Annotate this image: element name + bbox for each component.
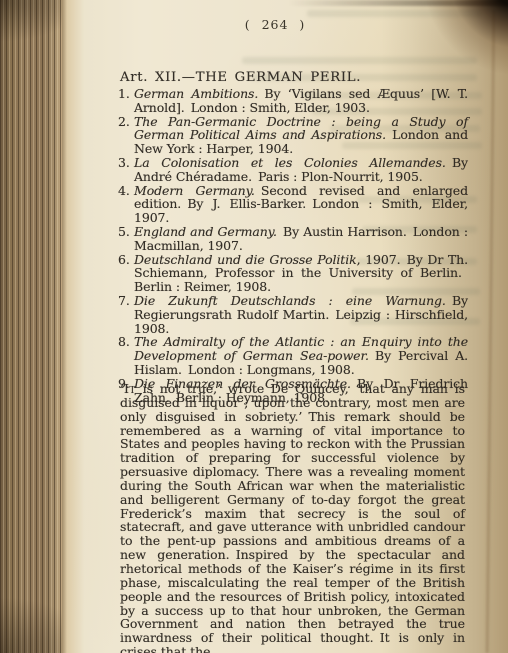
bibliography-entry: 5.England and Germany. By Austin Harriso… (118, 225, 468, 253)
entry-number: 1. (118, 87, 130, 101)
entry-text: Modern Germany. (134, 183, 255, 198)
bibliography-entry: 4.Modern Germany. Second revised and enl… (118, 184, 468, 225)
entry-text: German Ambitions. (134, 86, 258, 101)
bibliography-entry: 2.The Pan-Germanic Doctrine : being a St… (118, 115, 468, 156)
entry-text: England and Germany. (134, 224, 277, 239)
bibliography-entry: 6.Deutschland und die Grosse Politik, 19… (118, 253, 468, 294)
photo-top-edge-shadow (288, 0, 508, 6)
book-page-scan: ( 264 ) Art. XII.—THE GERMAN PERIL. 1.Ge… (0, 0, 508, 653)
entry-number: 4. (118, 184, 130, 198)
bibliography-entry: 1.German Ambitions. By ‘Vigilans sed Æqu… (118, 87, 468, 115)
entry-number: 7. (118, 294, 130, 308)
lead-word-smallcaps: It (124, 381, 136, 396)
entry-number: 2. (118, 115, 130, 129)
bleedthrough-line (307, 10, 482, 17)
bibliography-entry: 3.La Colonisation et les Colonies Allema… (118, 156, 468, 184)
entry-number: 3. (118, 156, 130, 170)
paragraph-text: is not true,’ wrote De Quincey, ‘that an… (120, 381, 465, 653)
bibliography-entry: 8.The Admiralty of the Atlantic : an Enq… (118, 335, 468, 376)
body-paragraph: ‘It is not true,’ wrote De Quincey, ‘tha… (120, 382, 465, 653)
article-heading: Art. XII.—THE GERMAN PERIL. (120, 70, 361, 85)
book-page-edges (0, 0, 62, 653)
entry-text: La Colonisation et les Colonies Allemand… (134, 155, 446, 170)
page-crease (485, 10, 497, 653)
entry-number: 5. (118, 225, 130, 239)
page-number: ( 264 ) (120, 17, 430, 32)
bibliography-list: 1.German Ambitions. By ‘Vigilans sed Æqu… (118, 87, 468, 404)
entry-number: 6. (118, 253, 130, 267)
bibliography-entry: 7.Die Zukunft Deutschlands : eine Warnun… (118, 294, 468, 335)
entry-text: Die Zukunft Deutschlands : eine Warnung. (134, 293, 446, 308)
entry-text: Deutschland und die Grosse Politik (134, 252, 357, 267)
bleedthrough-line (242, 57, 477, 64)
entry-number: 8. (118, 335, 130, 349)
